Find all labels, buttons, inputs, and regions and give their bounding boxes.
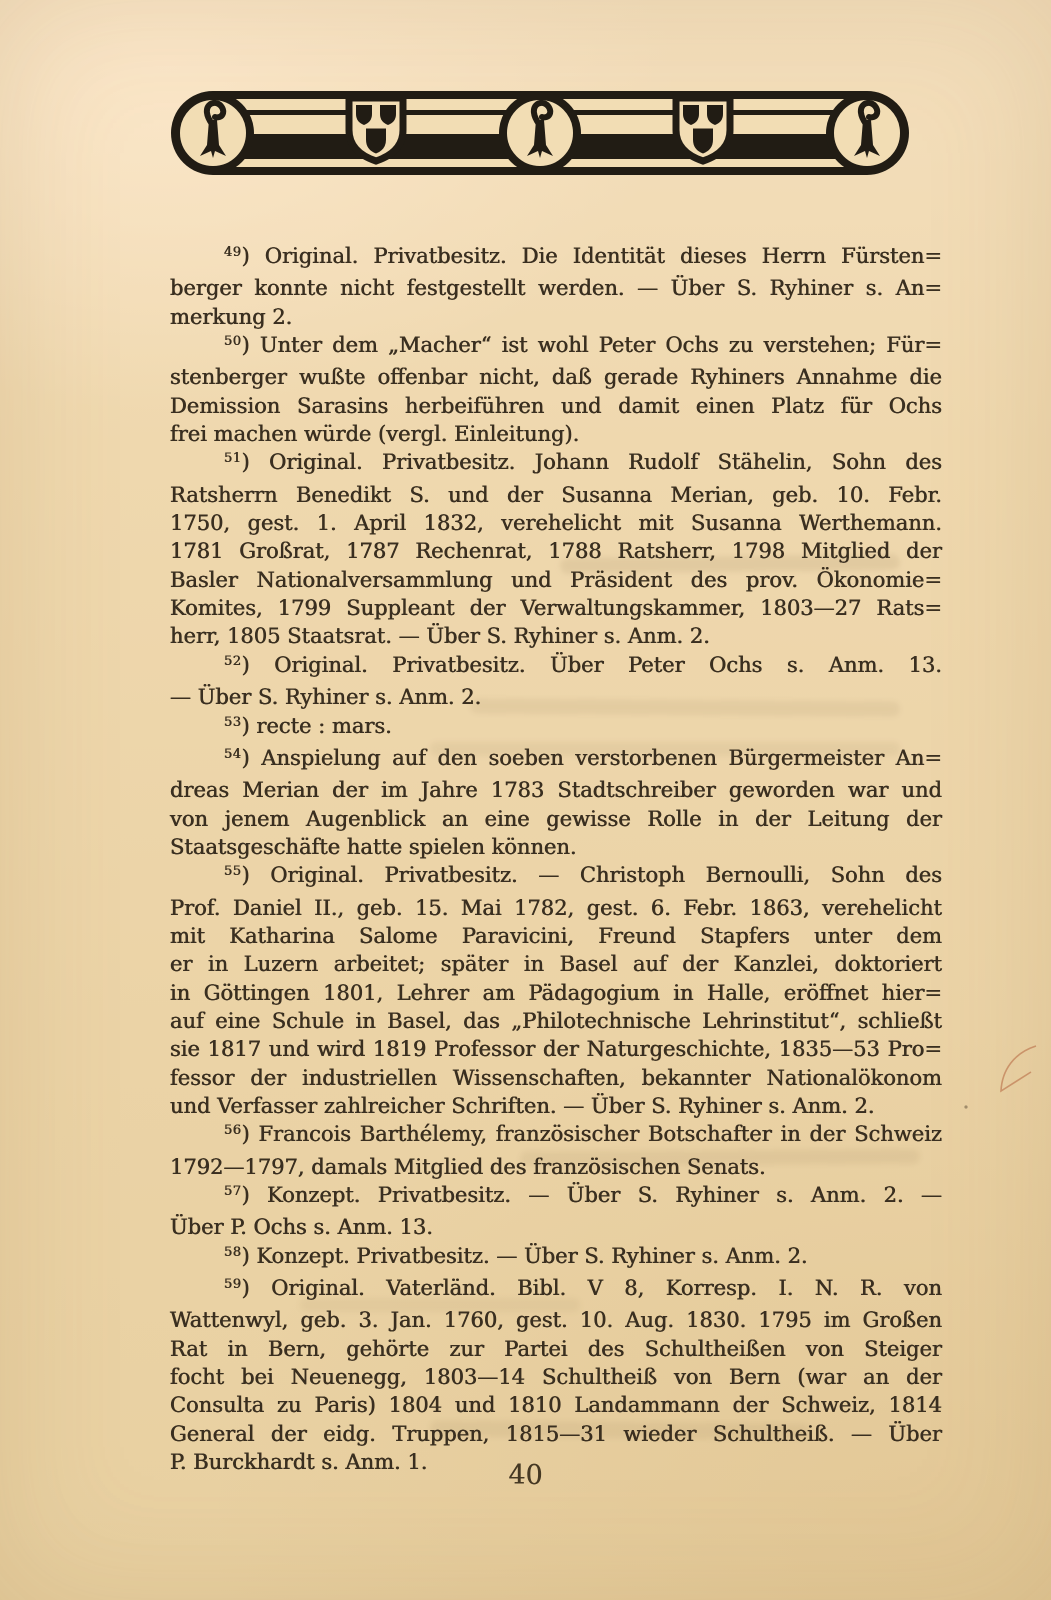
footnote-line: Über P. Ochs s. Anm. 13.	[170, 1213, 942, 1241]
footnote-line: General der eidg. Truppen, 1815—31 wiede…	[170, 1420, 942, 1448]
footnote-line: herr, 1805 Staatsrat. — Über S. Ryhiner …	[170, 622, 942, 650]
footnotes-block: 49) Original. Privatbesitz. Die Identitä…	[170, 242, 942, 1476]
footnote-53: 53) recte : mars.	[170, 712, 942, 744]
footnote-line: Komites, 1799 Suppleant der Verwaltungsk…	[170, 594, 942, 622]
footnote-56: 56) Francois Barthélemy, französischer B…	[170, 1120, 942, 1181]
footnote-line: sie 1817 und wird 1819 Professor der Nat…	[170, 1035, 942, 1063]
coat-of-arms-shield-icon	[676, 98, 730, 161]
footnote-55: 55) Original. Privatbesitz. — Christoph …	[170, 861, 942, 1120]
footnote-line: 53) recte : mars.	[170, 712, 942, 744]
footnote-number: 49	[224, 245, 242, 260]
footnote-line: Rat in Bern, gehörte zur Partei des Schu…	[170, 1335, 942, 1363]
footnote-line: 57) Konzept. Privatbesitz. — Über S. Ryh…	[170, 1181, 942, 1213]
footnote-54: 54) Anspielung auf den soeben verstorben…	[170, 744, 942, 861]
footnote-line: merkung 2.	[170, 303, 942, 331]
footnote-line: Ratsherrn Benedikt S. und der Susanna Me…	[170, 481, 942, 509]
footnote-58: 58) Konzept. Privatbesitz. — Über S. Ryh…	[170, 1242, 942, 1274]
footnote-line: und Verfasser zahlreicher Schriften. — Ü…	[170, 1092, 942, 1120]
footnote-line: Prof. Daniel II., geb. 15. Mai 1782, ges…	[170, 894, 942, 922]
footnote-number: 56	[224, 1123, 242, 1138]
footnote-number: 53	[224, 715, 242, 730]
footnote-line: 1792—1797, damals Mitglied des französis…	[170, 1153, 942, 1181]
footnote-line: frei machen würde (vergl. Einleitung).	[170, 420, 942, 448]
footnote-number: 50	[224, 334, 242, 349]
page-number: 40	[0, 1460, 1051, 1491]
footnote-line: dreas Merian der im Jahre 1783 Stadtschr…	[170, 776, 942, 804]
footnote-line: Basler Nationalversammlung und Präsident…	[170, 566, 942, 594]
footnote-number: 54	[224, 747, 242, 762]
footnote-57: 57) Konzept. Privatbesitz. — Über S. Ryh…	[170, 1181, 942, 1242]
book-page: 49) Original. Privatbesitz. Die Identitä…	[0, 0, 1051, 1600]
footnote-line: focht bei Neuenegg, 1803—14 Schultheiß v…	[170, 1363, 942, 1391]
footnote-line: von jenem Augenblick an eine gewisse Rol…	[170, 805, 942, 833]
footnote-line: in Göttingen 1801, Lehrer am Pädagogium …	[170, 979, 942, 1007]
coat-of-arms-shield-icon	[349, 98, 403, 161]
footnote-line: 54) Anspielung auf den soeben verstorben…	[170, 744, 942, 776]
footnote-number: 57	[224, 1184, 242, 1199]
footnote-number: 59	[224, 1277, 242, 1292]
footnote-line: fessor der industriellen Wissenschaften,…	[170, 1064, 942, 1092]
footnote-line: berger konnte nicht festgestellt werden.…	[170, 274, 942, 302]
footnote-line: — Über S. Ryhiner s. Anm. 2.	[170, 683, 942, 711]
footnote-52: 52) Original. Privatbesitz. Über Peter O…	[170, 651, 942, 712]
footnote-line: 58) Konzept. Privatbesitz. — Über S. Ryh…	[170, 1242, 942, 1274]
footnote-line: Wattenwyl, geb. 3. Jan. 1760, gest. 10. …	[170, 1306, 942, 1334]
footnote-line: 49) Original. Privatbesitz. Die Identitä…	[170, 242, 942, 274]
header-ornament	[170, 88, 910, 178]
footnote-number: 51	[224, 451, 242, 466]
footnote-line: mit Katharina Salome Paravicini, Freund …	[170, 922, 942, 950]
footnote-line: 59) Original. Vaterländ. Bibl. V 8, Korr…	[170, 1274, 942, 1306]
footnote-line: stenberger wußte offenbar nicht, daß ger…	[170, 363, 942, 391]
footnote-59: 59) Original. Vaterländ. Bibl. V 8, Korr…	[170, 1274, 942, 1476]
footnote-line: Demission Sarasins herbeiführen und dami…	[170, 392, 942, 420]
footnote-line: auf eine Schule in Basel, das „Philotech…	[170, 1007, 942, 1035]
footnote-number: 52	[224, 654, 242, 669]
footnote-line: 52) Original. Privatbesitz. Über Peter O…	[170, 651, 942, 683]
footnote-number: 58	[224, 1245, 242, 1260]
footnote-line: 1781 Großrat, 1787 Rechenrat, 1788 Ratsh…	[170, 537, 942, 565]
footnote-51: 51) Original. Privatbesitz. Johann Rudol…	[170, 448, 942, 650]
footnote-line: Staatsgeschäfte hatte spielen können.	[170, 833, 942, 861]
footnote-line: 56) Francois Barthélemy, französischer B…	[170, 1120, 942, 1152]
basel-crozier-icon	[176, 96, 250, 170]
footnote-line: Consulta zu Paris) 1804 und 1810 Landamm…	[170, 1391, 942, 1419]
footnote-line: 51) Original. Privatbesitz. Johann Rudol…	[170, 448, 942, 480]
footnote-49: 49) Original. Privatbesitz. Die Identitä…	[170, 242, 942, 331]
footnote-line: er in Luzern arbeitet; später in Basel a…	[170, 950, 942, 978]
basel-crozier-icon	[503, 96, 577, 170]
footnote-line: 1750, gest. 1. April 1832, verehelicht m…	[170, 509, 942, 537]
footnote-number: 55	[224, 864, 242, 879]
basel-crozier-icon	[830, 96, 904, 170]
footnote-50: 50) Unter dem „Macher“ ist wohl Peter Oc…	[170, 331, 942, 448]
footnote-line: 55) Original. Privatbesitz. — Christoph …	[170, 861, 942, 893]
footnote-line: 50) Unter dem „Macher“ ist wohl Peter Oc…	[170, 331, 942, 363]
